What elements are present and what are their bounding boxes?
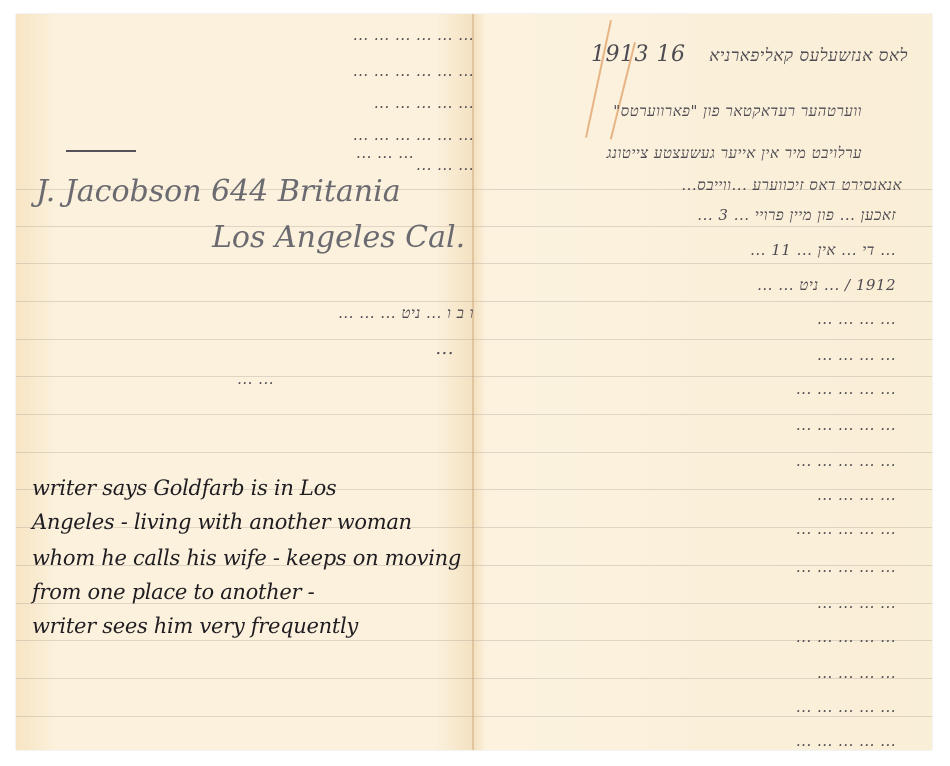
- body-line: ... ... ... ... ... ...: [353, 26, 474, 44]
- body-line: זאכען ... פון מיין פרויי ... 3 ...: [697, 206, 896, 225]
- body-line: 1912 / ... ניט ... ...: [757, 276, 896, 295]
- body-line: ... ... ... ...: [817, 310, 896, 328]
- dash-line: [66, 150, 136, 152]
- body-line: ... ... ... ... ...: [796, 558, 896, 576]
- body-line: ... ... ... ...: [817, 664, 896, 682]
- english-note-line: Angeles - living with another woman: [32, 510, 412, 534]
- body-line: ... ... ... ... ...: [796, 628, 896, 646]
- body-line: ... ... ... ...: [817, 346, 896, 364]
- letter-header: לאס אנזשעלעס קאליפארניא 1913 16: [591, 42, 908, 67]
- english-note-line: from one place to another -: [32, 580, 314, 604]
- body-line: ... ... ... ... ... ...: [353, 62, 474, 80]
- signature-note: ... ...: [237, 370, 274, 388]
- closing-line: ...: [435, 338, 454, 359]
- body-line: ... ... ... ... ...: [796, 380, 896, 398]
- english-note-line: whom he calls his wife - keeps on moving: [32, 546, 461, 570]
- body-line: ... ... ... ...: [817, 486, 896, 504]
- body-line: ... ... ... ... ...: [796, 698, 896, 716]
- right-page: לאס אנזשעלעס קאליפארניא 1913 16 ווערטהער…: [474, 14, 932, 750]
- body-line: ערלויבט מיר אין אייער געשעצטע צייטונג: [607, 144, 862, 163]
- english-note-line: writer sees him very frequently: [32, 614, 358, 638]
- body-line: ... ... ... ... ... ...: [353, 126, 474, 144]
- closing-line: ו ב ו ... ניט ... ... ...: [338, 304, 474, 323]
- body-line: ... ... ... ... ...: [374, 94, 474, 112]
- body-line: ... ... ... ... ...: [796, 416, 896, 434]
- header-place: לאס אנזשעלעס קאליפארניא: [709, 46, 908, 66]
- header-date: 1913 16: [591, 42, 685, 67]
- left-page: ... ... ... ... ... ... ... ... ... ... …: [16, 14, 474, 750]
- body-line: ... ... ... ... ...: [796, 732, 896, 750]
- body-line: ... ... ...: [356, 144, 414, 162]
- body-line: ... ... ... ... ...: [796, 452, 896, 470]
- english-note-line: writer says Goldfarb is in Los: [32, 476, 336, 500]
- address-city: Los Angeles Cal.: [212, 220, 465, 255]
- body-line: ... די ... אין ... 11 ...: [750, 241, 896, 260]
- body-line: ... ... ...: [416, 156, 474, 174]
- body-line: ... ... ... ...: [817, 594, 896, 612]
- salutation: ווערטהער רעדאקטאר פון "פארווערטס": [613, 102, 862, 121]
- body-line: ... ... ... ... ...: [796, 520, 896, 538]
- body-line: אנאנסירט דאס זיכווערע ...ווייבס...: [681, 176, 902, 195]
- address-name: J. Jacobson 644 Britania: [36, 174, 401, 209]
